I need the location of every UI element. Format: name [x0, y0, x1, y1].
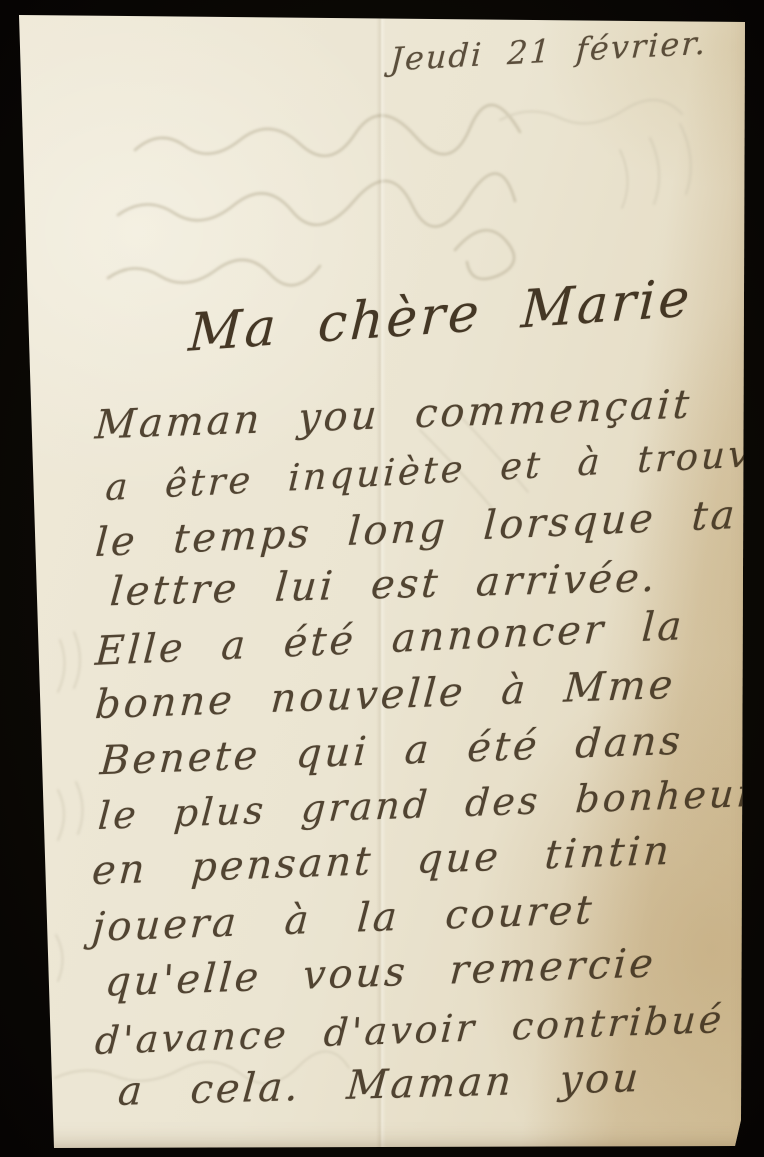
paper-edge-shading: [0, 0, 764, 1157]
paper-sheet: Jeudi 21 février. Ma chère Marie Maman y…: [0, 0, 764, 1157]
letter-photo: Jeudi 21 février. Ma chère Marie Maman y…: [0, 0, 764, 1157]
